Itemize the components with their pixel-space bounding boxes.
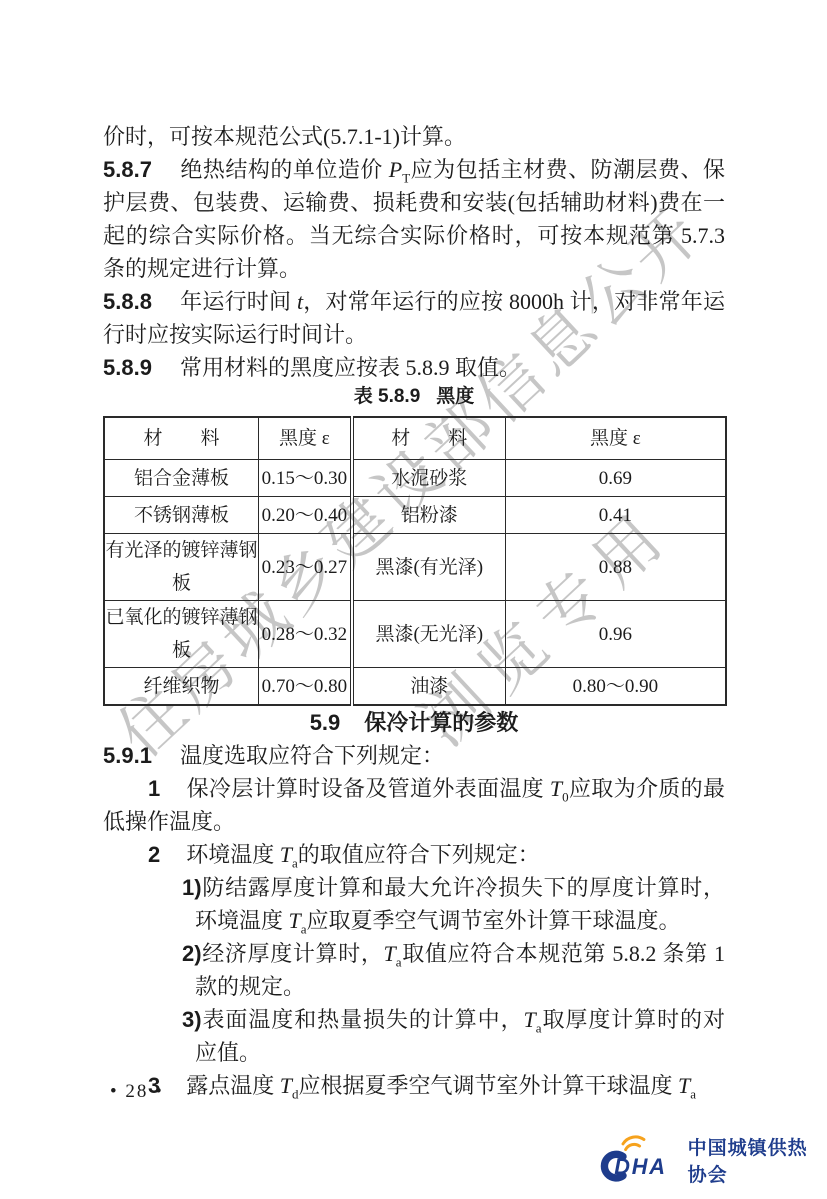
cell-material: 铝合金薄板: [104, 460, 258, 497]
cell-emissivity: 0.69: [505, 460, 726, 497]
cell-material: 黑漆(无光泽): [352, 601, 505, 668]
sub-item-label: 1): [182, 875, 202, 900]
cell-emissivity: 0.20～0.40: [258, 497, 351, 534]
section-title: 保冷计算的参数: [364, 710, 518, 735]
cell-material: 油漆: [352, 668, 505, 706]
cell-material: 纤维织物: [104, 668, 258, 706]
cell-emissivity: 0.70～0.80: [258, 668, 351, 706]
paragraph-continuation-text: 价时，可按本规范公式(5.7.1-1)计算。: [103, 124, 466, 149]
symbol-P-subscript: T: [402, 170, 410, 185]
cdha-logo-mark: DHA: [596, 1135, 680, 1185]
table-row: 不锈钢薄板 0.20～0.40 铝粉漆 0.41: [104, 497, 726, 534]
emissivity-table: 材 料 黑度 ε 材 料 黑度 ε 铝合金薄板 0.15～0.30 水泥砂浆 0…: [103, 416, 727, 706]
clause-number: 5.8.7: [103, 157, 152, 182]
cell-material: 有光泽的镀锌薄钢板: [104, 534, 258, 601]
page-number: • 28 •: [110, 1081, 164, 1103]
cell-material: 水泥砂浆: [352, 460, 505, 497]
cell-emissivity: 0.15～0.30: [258, 460, 351, 497]
sub-item-2: 2)经济厚度计算时，Ta取值应符合本规范第 5.8.2 条第 1 款的规定。: [103, 937, 725, 1003]
item-text: 应根据夏季空气调节室外计算干球温度: [299, 1073, 679, 1098]
sub-item-label: 2): [182, 941, 202, 966]
table-row: 铝合金薄板 0.15～0.30 水泥砂浆 0.69: [104, 460, 726, 497]
sub-item-label: 3): [182, 1007, 202, 1032]
table-row: 已氧化的镀锌薄钢板 0.28～0.32 黑漆(无光泽) 0.96: [104, 601, 726, 668]
table-caption: 表 5.8.9黑度: [103, 384, 725, 410]
item-text: 露点温度: [186, 1073, 280, 1098]
sub-item-text: 经济厚度计算时，: [202, 941, 384, 966]
table-row: 纤维织物 0.70～0.80 油漆 0.80～0.90: [104, 668, 726, 706]
symbol-Td: T: [280, 1073, 292, 1098]
symbol-Ta: T: [524, 1007, 536, 1032]
clause-5-8-7: 5.8.7绝热结构的单位造价 PT应为包括主材费、防潮层费、保护层费、包装费、运…: [103, 153, 725, 285]
table-row: 有光泽的镀锌薄钢板 0.23～0.27 黑漆(有光泽) 0.88: [104, 534, 726, 601]
symbol-P: P: [389, 157, 402, 182]
clause-number: 5.8.9: [103, 355, 152, 380]
cell-material: 黑漆(有光泽): [352, 534, 505, 601]
item-number: 2: [148, 842, 160, 867]
section-5-9-heading: 5.9保冷计算的参数: [103, 706, 725, 739]
clause-number: 5.8.8: [103, 289, 152, 314]
clause-5-8-8: 5.8.8年运行时间 t，对常年运行的应按 8000h 计，对非常年运行时应按实…: [103, 285, 725, 351]
clause-number: 5.9.1: [103, 743, 152, 768]
symbol-Ta: T: [289, 908, 301, 933]
clause-text: 年运行时间: [180, 289, 297, 314]
association-name: 中国城镇供热协会: [688, 1133, 827, 1187]
cell-emissivity: 0.28～0.32: [258, 601, 351, 668]
logo-orange-arc-small: [626, 1144, 640, 1149]
cell-material: 不锈钢薄板: [104, 497, 258, 534]
cell-emissivity: 0.41: [505, 497, 726, 534]
association-logo: DHA 中国城镇供热协会: [596, 1133, 827, 1187]
table-caption-label: 表 5.8.9: [354, 386, 421, 407]
symbol-Ta: T: [280, 842, 292, 867]
cell-material: 铝粉漆: [352, 497, 505, 534]
sub-item-1: 1)防结露厚度计算和最大允许冷损失下的厚度计算时，环境温度 Ta应取夏季空气调节…: [103, 871, 725, 937]
page-body: 价时，可按本规范公式(5.7.1-1)计算。 5.8.7绝热结构的单位造价 PT…: [103, 120, 725, 1102]
logo-abbr-text: DHA: [614, 1154, 666, 1179]
symbol-T0: T: [550, 776, 562, 801]
sub-item-text: 应取夏季空气调节室外计算干球温度。: [307, 908, 681, 933]
logo-orange-arc-large: [623, 1137, 644, 1144]
item-text: 环境温度: [186, 842, 280, 867]
cell-material: 已氧化的镀锌薄钢板: [104, 601, 258, 668]
header-emissivity-right: 黑度 ε: [505, 417, 726, 460]
sub-item-3: 3)表面温度和热量损失的计算中，Ta取厚度计算时的对应值。: [103, 1003, 725, 1069]
header-material-right: 材 料: [352, 417, 505, 460]
item-text: 保冷层计算时设备及管道外表面温度: [186, 776, 550, 801]
table-caption-title: 黑度: [436, 386, 474, 407]
list-item-2: 2环境温度 Ta的取值应符合下列规定：: [103, 838, 725, 871]
cell-emissivity: 0.80～0.90: [505, 668, 726, 706]
symbol-Ta-subscript: a: [690, 1086, 696, 1101]
cell-emissivity: 0.23～0.27: [258, 534, 351, 601]
section-number: 5.9: [310, 710, 341, 735]
header-emissivity-left: 黑度 ε: [258, 417, 351, 460]
clause-text: 绝热结构的单位造价: [180, 157, 389, 182]
item-text: 的取值应符合下列规定：: [298, 842, 540, 867]
symbol-Ta: T: [384, 941, 396, 966]
cell-emissivity: 0.88: [505, 534, 726, 601]
clause-5-8-9: 5.8.9常用材料的黑度应按表 5.8.9 取值。: [103, 351, 725, 384]
sub-item-text: 表面温度和热量损失的计算中，: [202, 1007, 524, 1032]
cell-emissivity: 0.96: [505, 601, 726, 668]
paragraph-continuation: 价时，可按本规范公式(5.7.1-1)计算。: [103, 120, 725, 153]
item-number: 1: [148, 776, 160, 801]
clause-text: 常用材料的黑度应按表 5.8.9 取值。: [180, 355, 521, 380]
table-header-row: 材 料 黑度 ε 材 料 黑度 ε: [104, 417, 726, 460]
list-item-1: 1保冷层计算时设备及管道外表面温度 T0应取为介质的最低操作温度。: [103, 772, 725, 838]
clause-text: 温度选取应符合下列规定：: [180, 743, 444, 768]
list-item-3: 3露点温度 Td应根据夏季空气调节室外计算干球温度 Ta: [103, 1069, 725, 1102]
symbol-Ta: T: [678, 1073, 690, 1098]
header-material-left: 材 料: [104, 417, 258, 460]
clause-5-9-1: 5.9.1温度选取应符合下列规定：: [103, 739, 725, 772]
